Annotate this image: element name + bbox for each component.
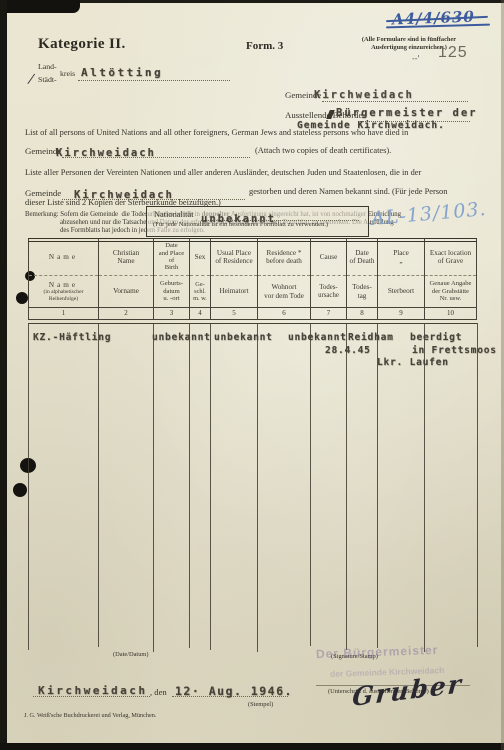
column-name: Name Name(in alphabetischer Reihenfolge)… — [28, 239, 98, 319]
column-sex: Sex Ge- schl. m. w. 4 — [189, 239, 210, 319]
header-en: Name — [29, 239, 98, 276]
table-column-line — [346, 323, 347, 650]
column-number: 7 — [311, 308, 346, 319]
column-number: 2 — [99, 308, 153, 319]
column-place-of-death: Place „ Sterbeort 9 — [377, 239, 424, 319]
entry-name: KZ.-Häftling — [33, 332, 111, 343]
stadt-label: Städt- — [38, 75, 57, 84]
table-column-line — [28, 323, 29, 650]
kreis-label: kreis — [60, 69, 75, 78]
entry-todesursache: unbekannt — [288, 332, 347, 343]
column-number: 9 — [378, 308, 424, 319]
printer-imprint: J. G. Weiß'sche Buchdruckerei und Verlag… — [24, 712, 156, 719]
entry-birth: unbekannt — [152, 332, 211, 343]
place-typed: Kirchweidach — [38, 684, 147, 697]
entry-grave-line1: beerdigt — [410, 332, 462, 343]
column-number: 1 — [29, 308, 98, 319]
intro-german-line1: Liste aller Personen der Vereinten Natio… — [25, 168, 480, 178]
column-cause-of-death: Cause Todes- ursache 7 — [310, 239, 346, 319]
table-column-line — [377, 323, 378, 648]
header-de: Wohnort vor dem Tode — [258, 276, 310, 308]
column-christian-name: Christian Name Vorname 2 — [98, 239, 153, 319]
table-column-line — [189, 323, 190, 648]
land-label: Land- — [38, 62, 57, 71]
header-de-sub: (in alphabetischer Reihenfolge) — [44, 289, 84, 301]
header-de: Todes- tag — [347, 276, 377, 308]
header-de: Geburts- datum u. -ort — [154, 276, 189, 308]
table-column-line — [477, 323, 478, 647]
kreis-field-line — [78, 80, 230, 81]
intro-de-gemeinde-label: Gemeinde — [25, 188, 61, 198]
header-de: Heimatort — [211, 276, 257, 308]
table-column-line — [424, 323, 425, 652]
table-column-line — [153, 323, 154, 652]
entry-todestag: 28.4.45 — [325, 345, 371, 356]
column-number: 10 — [425, 308, 476, 319]
faint-stamp-line1: Der Bürgermeister — [316, 643, 439, 661]
attach-note: (Attach two copies of death certificates… — [255, 146, 391, 156]
header-en: Christian Name — [99, 239, 153, 276]
column-residence-before-death: Residence * before death Wohnort vor dem… — [257, 239, 310, 319]
header-en: Usual Place of Residence — [211, 239, 257, 276]
header-de: Ge- schl. m. w. — [190, 276, 210, 308]
gemeinde-value: Kirchweidach — [314, 89, 414, 101]
header-de: Sterbeort — [378, 276, 424, 308]
header-de: Vorname — [99, 276, 153, 308]
date-column-label: (Date/Datum) — [113, 651, 149, 659]
column-birth: Date and Place of Birth Geburts- datum u… — [153, 239, 189, 319]
column-number: 8 — [347, 308, 377, 319]
table-column-line — [210, 323, 211, 650]
category-heading: Kategorie II. — [38, 36, 126, 54]
date-typed: 12· Aug. 1946. — [175, 684, 293, 698]
gemeinde-field-line — [322, 101, 468, 102]
scan-edge-left — [0, 0, 7, 750]
column-number: 4 — [190, 308, 210, 319]
column-number: 5 — [211, 308, 257, 319]
entry-grave-line2: in Frettsmoos — [412, 345, 497, 356]
bemerkung-label: Bemerkung: — [25, 211, 59, 218]
header-en: Date of Death — [347, 239, 377, 276]
header-de: Todes- ursache — [311, 276, 346, 308]
header-en: Residence * before death — [258, 239, 310, 276]
den-label: , den — [150, 687, 167, 697]
page-number-stamp: 125 — [438, 44, 468, 63]
en-gemeinde-value: Kirchweidach — [56, 147, 156, 159]
header-de: Genaue Angabe der Grabstätte Nr. usw. — [425, 276, 476, 308]
pen-mark: --' — [412, 54, 420, 63]
nationality-label: Nationalität — [154, 210, 194, 220]
header-en: Exact location of Grave — [425, 239, 476, 276]
header-en: Cause — [311, 239, 346, 276]
scanned-form-page: Kategorie II. Form. 3 (Alle Formulare si… — [0, 0, 504, 750]
column-number: 3 — [154, 308, 189, 319]
column-residence: Usual Place of Residence Heimatort 5 — [210, 239, 257, 319]
handwritten-slash: / — [28, 72, 34, 87]
ink-dot — [16, 292, 28, 304]
behoerde-value-line1: Bürgermeister der — [336, 107, 477, 119]
entry-grave-line3: Lkr. Laufen — [377, 357, 449, 368]
table-column-line — [98, 323, 99, 647]
nationality-value: unbekannt — [201, 213, 276, 225]
table-column-line — [310, 323, 311, 646]
header-de: Name(in alphabetischer Reihenfolge) — [29, 276, 98, 308]
table-header-bottom-line — [28, 323, 477, 324]
scan-edge-bottom — [0, 743, 504, 750]
stempel-label: (Stempel) — [248, 701, 273, 709]
column-grave-location: Exact location of Grave Genaue Angabe de… — [424, 239, 477, 319]
scan-corner-mark — [0, 0, 80, 13]
form-number: Form. 3 — [246, 40, 283, 53]
header-en: Place „ — [378, 239, 424, 276]
column-date-of-death: Date of Death Todes- tag 8 — [346, 239, 377, 319]
entry-sterbeort: Reidham — [348, 332, 394, 343]
intro-german-line2: gestorben und deren Namen bekannt sind. … — [249, 187, 447, 197]
header-en: Sex — [190, 239, 210, 276]
kreis-value: Altötting — [81, 66, 163, 79]
header-en: Date and Place of Birth — [154, 239, 189, 276]
intro-english-line: List of all persons of United Nations an… — [25, 128, 475, 138]
table-column-line — [257, 323, 258, 652]
entry-heimatort: unbekannt — [214, 332, 273, 343]
ink-dot — [13, 483, 27, 497]
column-number: 6 — [258, 308, 310, 319]
table-header: Name Name(in alphabetischer Reihenfolge)… — [28, 238, 477, 320]
